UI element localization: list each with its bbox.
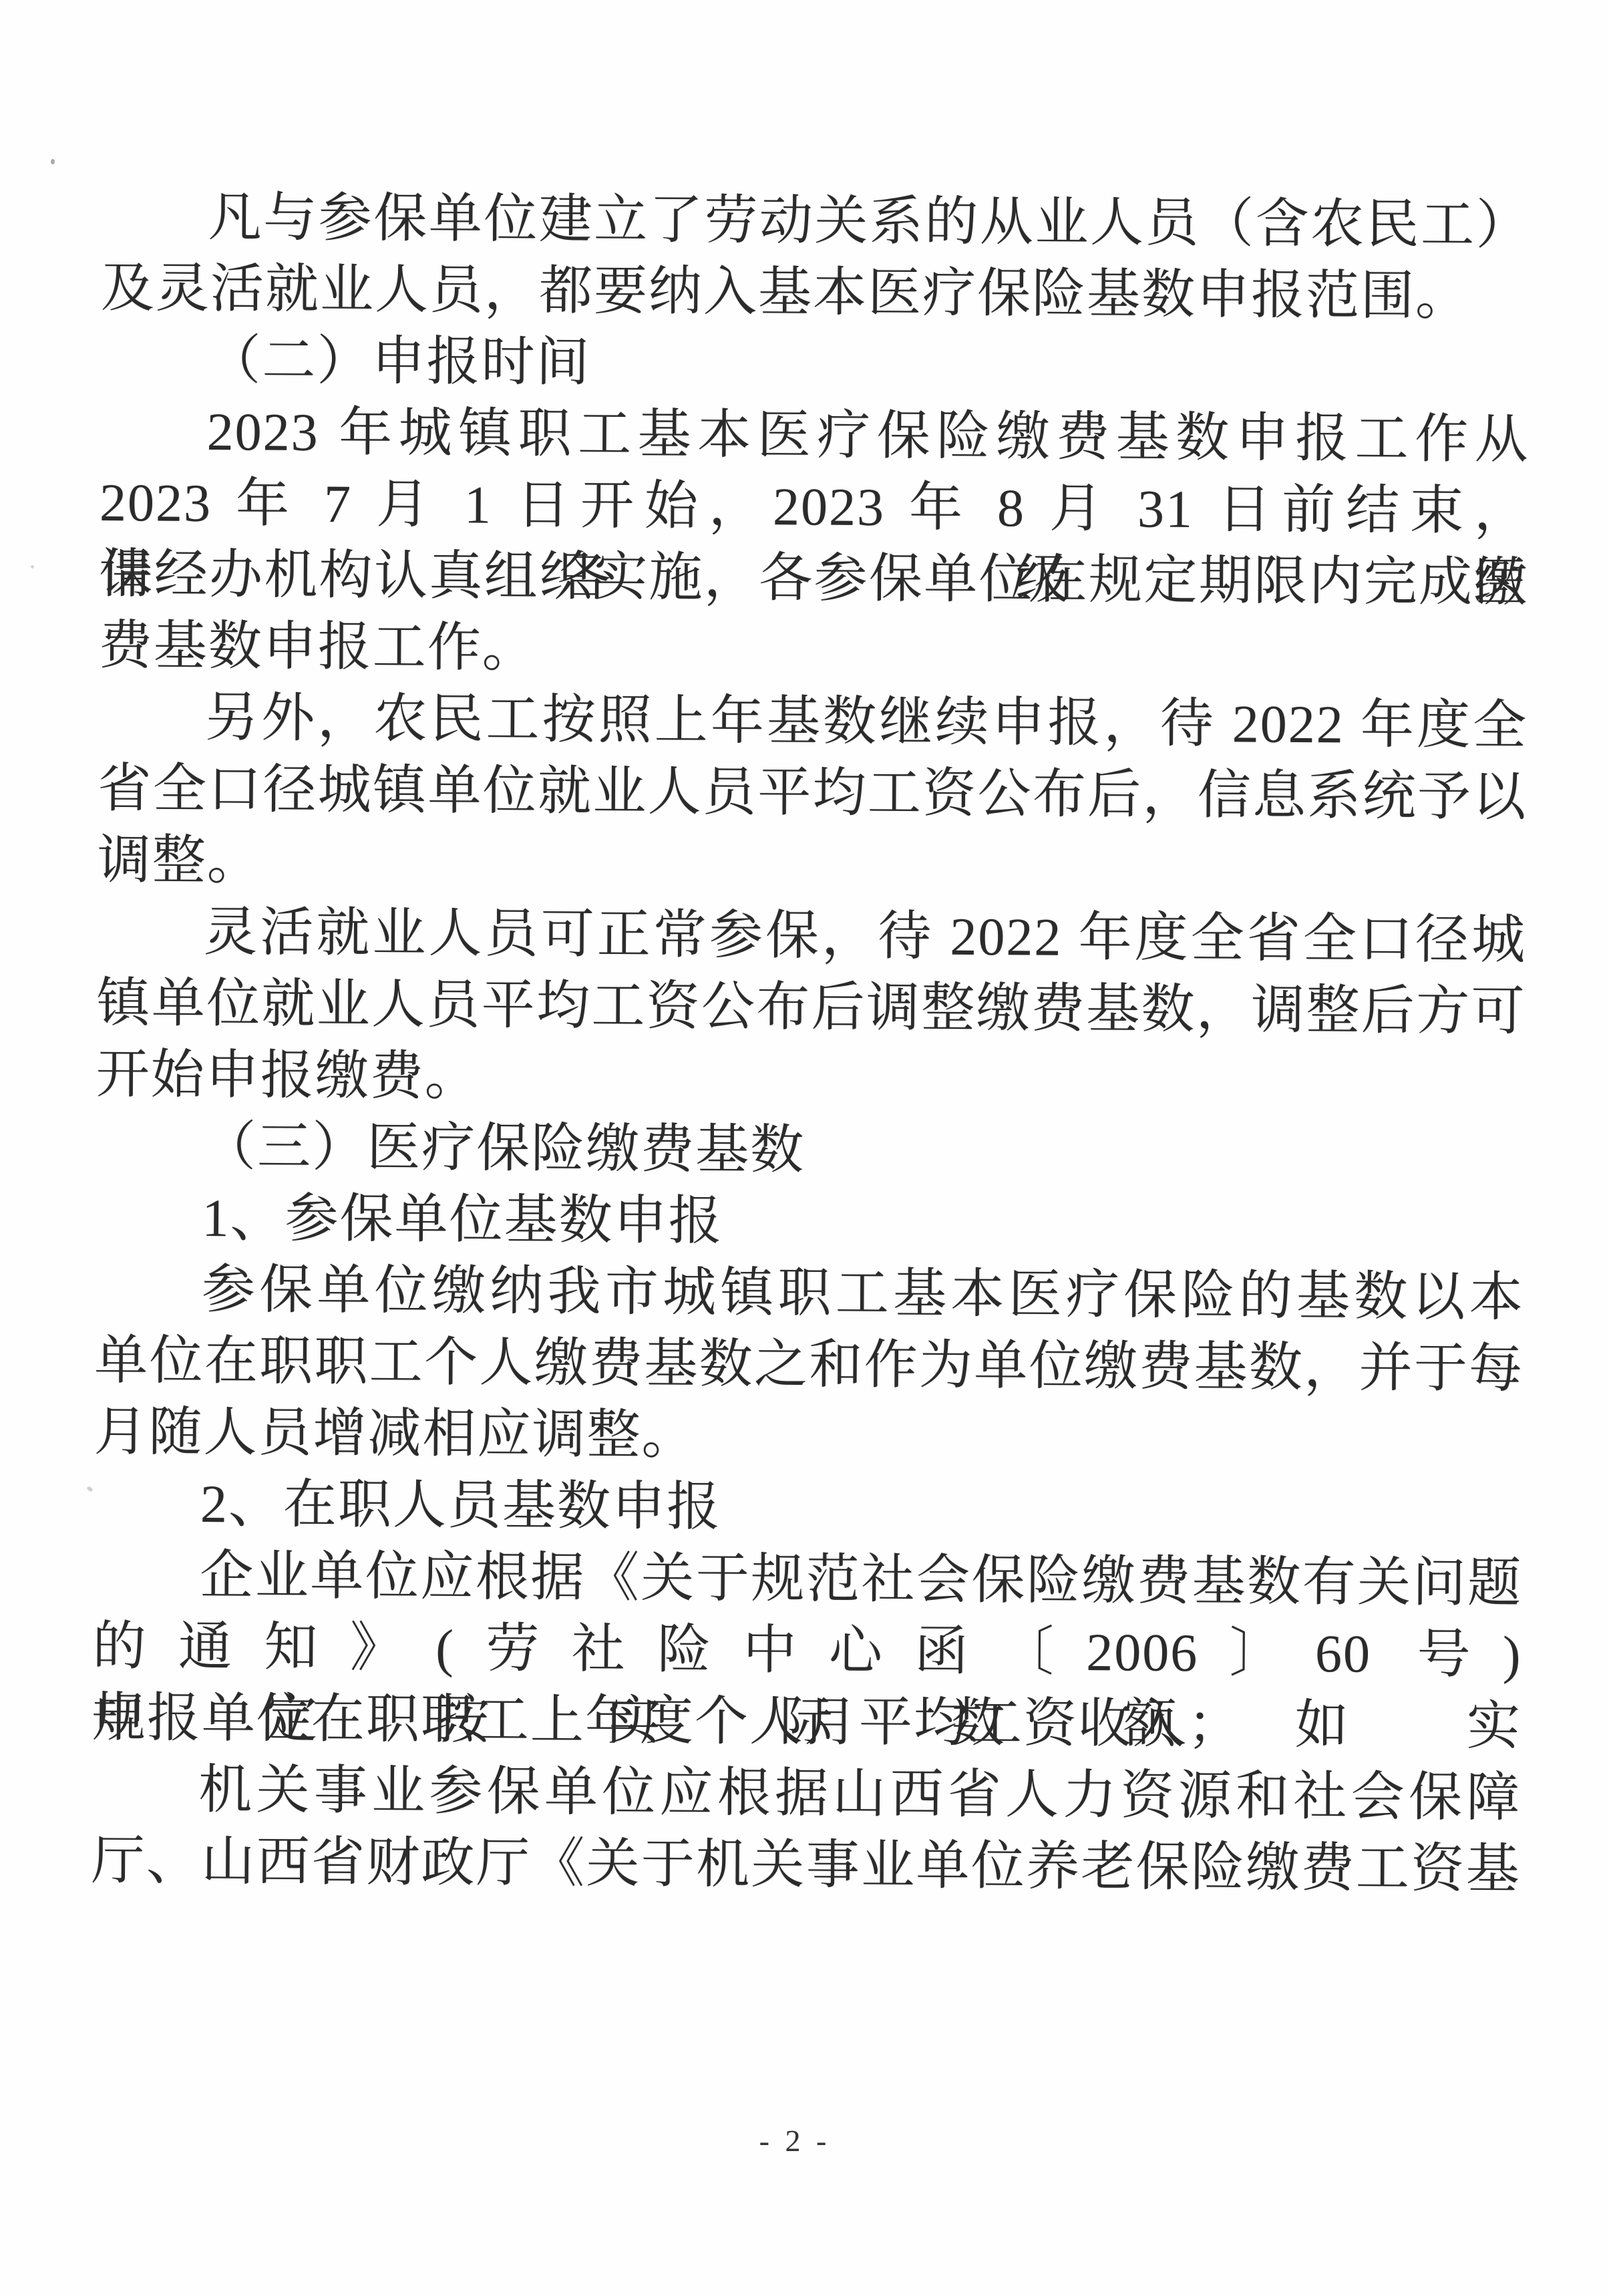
text-line: 灵活就业人员可正常参保，待 2022 年度全省全口径城 [97, 896, 1527, 977]
text-line: （二）申报时间 [100, 325, 1530, 405]
scan-speck [51, 159, 55, 164]
text-line: 省全口径城镇单位就业人员平均工资公布后，信息系统予以 [98, 754, 1528, 834]
text-line: 开始申报缴费。 [96, 1039, 1526, 1120]
scanned-document-page: 凡与参保单位建立了劳动关系的从业人员（含农民工）及灵活就业人员，都要纳入基本医疗… [0, 0, 1609, 2296]
text-line: 及灵活就业人员，都要纳入基本医疗保险基数申报范围。 [101, 253, 1531, 333]
text-line: 机关事业参保单位应根据山西省人力资源和社会保障 [92, 1754, 1522, 1834]
text-line: 1、参保单位基数申报 [95, 1182, 1525, 1263]
text-line: 月随人员增减相应调整。 [94, 1397, 1524, 1477]
text-line: 参保单位缴纳我市城镇职工基本医疗保险的基数以本 [95, 1254, 1525, 1334]
text-line: 单位在职职工个人缴费基数之和作为单位缴费基数，并于每 [94, 1325, 1524, 1406]
text-line: 费基数申报工作。 [98, 611, 1528, 691]
text-line: 凡与参保单位建立了劳动关系的从业人员（含农民工） [101, 182, 1531, 262]
text-line: 厅、山西省财政厅《关于机关事业单位养老保险缴费工资基 [91, 1826, 1521, 1906]
text-line: 保经办机构认真组织实施，各参保单位在规定期限内完成缴 [99, 539, 1529, 619]
text-line: 的通知》(劳社险中心函〔2006〕60 号) 规定按实际数额如实 [92, 1611, 1522, 1691]
text-line: 2、在职人员基数申报 [94, 1468, 1524, 1548]
scan-speck [86, 1486, 94, 1492]
scan-speck [31, 565, 34, 568]
page-number: - 2 - [0, 2123, 1590, 2158]
document-body-text: 凡与参保单位建立了劳动关系的从业人员（含农民工）及灵活就业人员，都要纳入基本医疗… [91, 182, 1531, 1906]
text-line: 另外，农民工按照上年基数继续申报，待 2022 年度全 [98, 682, 1528, 762]
text-line: 企业单位应根据《关于规范社会保险缴费基数有关问题 [93, 1540, 1523, 1620]
text-line: 调整。 [97, 825, 1527, 905]
text-line: 2023 年城镇职工基本医疗保险缴费基数申报工作从 [100, 396, 1530, 476]
text-line: 镇单位就业人员平均工资公布后调整缴费基数，调整后方可 [96, 968, 1526, 1048]
text-line: （三）医疗保险缴费基数 [96, 1111, 1526, 1191]
text-line: 2023 年 7 月 1 日开始，2023 年 8 月 31 日前结束，请各级医 [100, 468, 1530, 548]
